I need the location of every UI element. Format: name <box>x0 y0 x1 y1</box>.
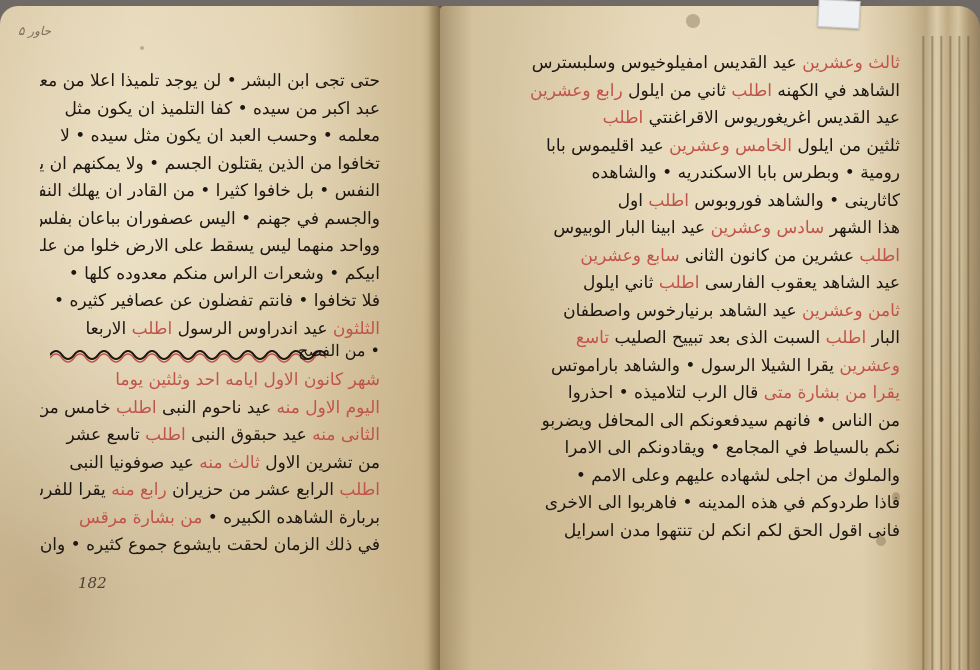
body-text: عبد اكبر من سيده • كفا التلميذ ان يكون م… <box>64 99 380 119</box>
body-text: عيد ناحوم النبى <box>157 398 271 418</box>
manuscript-line: عيد القديس اغريغوريوس الاقراغنتي اطلب <box>470 105 900 133</box>
rubric-text: اطلب <box>126 319 172 339</box>
body-text: عيد اقليموس بابا <box>546 136 664 156</box>
body-text: عيد القديس امفيلوخيوس وسلبسترس <box>532 53 797 73</box>
body-text: بربارة الشاهده الكبيره • <box>202 508 380 528</box>
band-caption: • من الفصح <box>298 341 380 360</box>
rubric-text: سادس وعشرين <box>705 218 824 238</box>
rubric-text: رابع وعشرين <box>530 81 623 101</box>
body-text: حتى تجى ابن البشر • لن يوجد تلميذا اعلا … <box>40 71 380 91</box>
body-text: فلا تخافوا • فانتم تفضلون عن عصافير كثير… <box>54 291 380 311</box>
body-text: هذا الشهر <box>824 218 900 238</box>
body-text: كاثارينى • والشاهد فوروبوس <box>689 191 900 211</box>
rubric-text: يقرا من بشارة متى <box>758 383 900 403</box>
manuscript-line: اليوم الاول منه عيد ناحوم النبى اطلب خام… <box>40 395 380 423</box>
body-text: من الناس • فانهم سيدفعونكم الى المحافل و… <box>542 411 900 431</box>
body-text: السبت الذى بعد تبييح الصليب <box>609 328 820 348</box>
rubric-text: اطلب <box>726 81 772 101</box>
right-page: ثالث وعشرين عيد القديس امفيلوخيوس وسلبست… <box>440 6 980 670</box>
rubric-text: اطلب <box>653 273 699 293</box>
body-text: نكم بالسياط في المجامع • ويقادونكم الى ا… <box>564 438 900 458</box>
manuscript-line: اطلب الرابع عشر من حزيران رابع منه يقرا … <box>40 477 380 505</box>
body-text: وواحد منهما ليس يسقط على الارض خلوا من ع… <box>40 236 380 256</box>
body-text: والجسم في جهنم • اليس عصفوران بباعان بفل… <box>40 209 380 229</box>
manuscript-line: من تشرين الاول ثالث منه عيد صوفونيا النب… <box>40 450 380 478</box>
page-edges <box>916 36 972 670</box>
body-text: ثاني من ايلول <box>623 81 726 101</box>
rubric-text: ثالث وعشرين <box>797 53 900 73</box>
body-text: عيد اندراوس الرسول <box>172 319 327 339</box>
body-text: الشاهد في الكهنه <box>772 81 900 101</box>
body-text: النفس • بل خافوا كثيرا • من القادر ان يه… <box>40 181 380 201</box>
manuscript-line: ثامن وعشرين عيد الشاهد برنيارخوس واصطفان <box>470 298 900 326</box>
manuscript-line: فلا تخافوا • فانتم تفضلون عن عصافير كثير… <box>40 288 380 316</box>
ink-spot <box>140 46 144 50</box>
manuscript-line: ابيكم • وشعرات الراس منكم معدوده كلها • <box>40 261 380 289</box>
body-text: عيد الشاهد برنيارخوس واصطفان <box>563 301 797 321</box>
body-text: فانى اقول الحق لكم انكم لن تنتهوا مدن اس… <box>564 521 900 541</box>
manuscript-line: بربارة الشاهده الكبيره • من بشارة مرقس <box>40 505 380 533</box>
manuscript-line: عيد الشاهد يعقوب الفارسى اطلب ثاني ايلول <box>470 270 900 298</box>
manuscript-line: النفس • بل خافوا كثيرا • من القادر ان يه… <box>40 178 380 206</box>
rubric-text: اطلب <box>820 328 866 348</box>
rubric-text: شهر كانون الاول ايامه احد وثلثين يوما <box>115 370 380 390</box>
rubric-text: اطلب <box>854 246 900 266</box>
rubric-text: اطلب <box>140 425 186 445</box>
manuscript-line: ثالث وعشرين عيد القديس امفيلوخيوس وسلبست… <box>470 50 900 78</box>
pencil-note: حاور ۵ <box>18 24 51 38</box>
body-text: عيد صوفونيا النبى <box>69 453 194 473</box>
body-text: عيد حبقوق النبى <box>186 425 307 445</box>
body-text: عيد الشاهد يعقوب الفارسى <box>699 273 900 293</box>
body-text: والملوك من اجلى لشهاده عليهم وعلى الامم … <box>576 466 900 486</box>
body-text: ثاني ايلول <box>583 273 653 293</box>
manuscript-line: الشاهد في الكهنه اطلب ثاني من ايلول رابع… <box>470 78 900 106</box>
rubric-text: الثلثون <box>328 319 380 339</box>
rubric-text: رابع منه <box>106 480 167 500</box>
manuscript-line: معلمه • وحسب العبد ان يكون مثل سيده • لا <box>40 123 380 151</box>
manuscript-line: عبد اكبر من سيده • كفا التلميذ ان يكون م… <box>40 96 380 124</box>
rubric-text: وعشرين <box>834 356 900 376</box>
body-text: الرابع عشر من حزيران <box>167 480 334 500</box>
body-text: تخافوا من الذين يقتلون الجسم • ولا يمكنه… <box>40 154 380 174</box>
left-page: حاور ۵ حتى تجى ابن البشر • لن يوجد تلميذ… <box>0 6 440 670</box>
rubric-text: ثامن وعشرين <box>797 301 900 321</box>
manuscript-line: يقرا من بشارة متى قال الرب لتلاميذه • اح… <box>470 380 900 408</box>
manuscript-line: اطلب عشرين من كانون الثانى سابع وعشرين <box>470 243 900 271</box>
folio-number: 182 <box>78 574 107 592</box>
body-text: قال الرب لتلاميذه • احذروا <box>568 383 758 403</box>
manuscript-line: والجسم في جهنم • اليس عصفوران بباعان بفل… <box>40 206 380 234</box>
manuscript-line: من الناس • فانهم سيدفعونكم الى المحافل و… <box>470 408 900 436</box>
rubric-text: سابع وعشرين <box>580 246 679 266</box>
stain-spot <box>686 14 700 28</box>
manuscript-line: تخافوا من الذين يقتلون الجسم • ولا يمكنه… <box>40 151 380 179</box>
manuscript-spread: حاور ۵ حتى تجى ابن البشر • لن يوجد تلميذ… <box>0 0 980 670</box>
body-text: عيد القديس اغريغوريوس الاقراغنتي <box>643 108 900 128</box>
manuscript-line: نكم بالسياط في المجامع • ويقادونكم الى ا… <box>470 435 900 463</box>
manuscript-line: شهر كانون الاول ايامه احد وثلثين يوما <box>40 367 380 395</box>
rubric-text: ثالث منه <box>194 453 260 473</box>
manuscript-line: وواحد منهما ليس يسقط على الارض خلوا من ع… <box>40 233 380 261</box>
manuscript-line: البار اطلب السبت الذى بعد تبييح الصليب ت… <box>470 325 900 353</box>
body-text: الاربعا <box>85 319 126 339</box>
body-text: خامس من ايلول <box>40 398 111 418</box>
body-text: تاسع عشر <box>66 425 139 445</box>
manuscript-line: في ذلك الزمان لحقت بايشوع جموع كثيره • و… <box>40 532 380 560</box>
manuscript-line: فاذا طردوكم في هذه المدينه • فاهربوا الى… <box>470 490 900 518</box>
body-text: فاذا طردوكم في هذه المدينه • فاهربوا الى… <box>545 493 900 513</box>
body-text: البار <box>866 328 900 348</box>
body-text: يقرا للفرسيه <box>40 480 106 500</box>
body-text: وان احمنه <box>40 535 65 555</box>
body-text: عشرين من كانون الثانى <box>680 246 854 266</box>
body-text: من تشرين الاول <box>260 453 380 473</box>
manuscript-line: وعشرين يقرا الشيلا الرسول • والشاهد بارا… <box>470 353 900 381</box>
manuscript-line: حتى تجى ابن البشر • لن يوجد تلميذا اعلا … <box>40 68 380 96</box>
rubric-text: اليوم الاول منه <box>271 398 380 418</box>
manuscript-line: والملوك من اجلى لشهاده عليهم وعلى الامم … <box>470 463 900 491</box>
manuscript-line: كاثارينى • والشاهد فوروبوس اطلب اول <box>470 188 900 216</box>
rubric-text: تاسع <box>576 328 609 348</box>
manuscript-line: الثانى منه عيد حبقوق النبى اطلب تاسع عشر <box>40 422 380 450</box>
body-text: في ذلك الزمان لحقت بايشوع جموع كثيره • <box>65 535 380 555</box>
manuscript-line: رومية • وبطرس بابا الاسكندريه • والشاهده <box>470 160 900 188</box>
body-text: رومية • وبطرس بابا الاسكندريه • والشاهده <box>592 163 901 183</box>
body-text: اول <box>618 191 643 211</box>
rubric-text: من بشارة مرقس <box>79 508 202 528</box>
decorative-band: • من الفصح <box>40 345 380 365</box>
rubric-text: اطلب <box>643 191 689 211</box>
body-text: ثلثين من ايلول <box>792 136 900 156</box>
manuscript-line: فانى اقول الحق لكم انكم لن تنتهوا مدن اس… <box>470 518 900 546</box>
manuscript-line: الثلثون عيد اندراوس الرسول اطلب الاربعا <box>40 316 380 344</box>
rubric-text: اطلب <box>111 398 157 418</box>
left-text-block: حتى تجى ابن البشر • لن يوجد تلميذا اعلا … <box>40 68 380 560</box>
body-text: يقرا الشيلا الرسول • والشاهد باراموتس <box>551 356 834 376</box>
manuscript-line: ثلثين من ايلول الخامس وعشرين عيد اقليموس… <box>470 133 900 161</box>
body-text: عيد ابينا البار الوبيوس <box>553 218 705 238</box>
body-text: ابيكم • وشعرات الراس منكم معدوده كلها • <box>69 264 380 284</box>
body-text: معلمه • وحسب العبد ان يكون مثل سيده • لا <box>60 126 380 146</box>
rubric-text: اطلب <box>334 480 380 500</box>
manuscript-line: هذا الشهر سادس وعشرين عيد ابينا البار ال… <box>470 215 900 243</box>
right-text-block: ثالث وعشرين عيد القديس امفيلوخيوس وسلبست… <box>470 50 900 545</box>
rubric-text: الخامس وعشرين <box>664 136 792 156</box>
rubric-text: الثانى منه <box>307 425 380 445</box>
rubric-text: اطلب <box>603 108 644 128</box>
paper-marker-tab <box>817 0 860 29</box>
